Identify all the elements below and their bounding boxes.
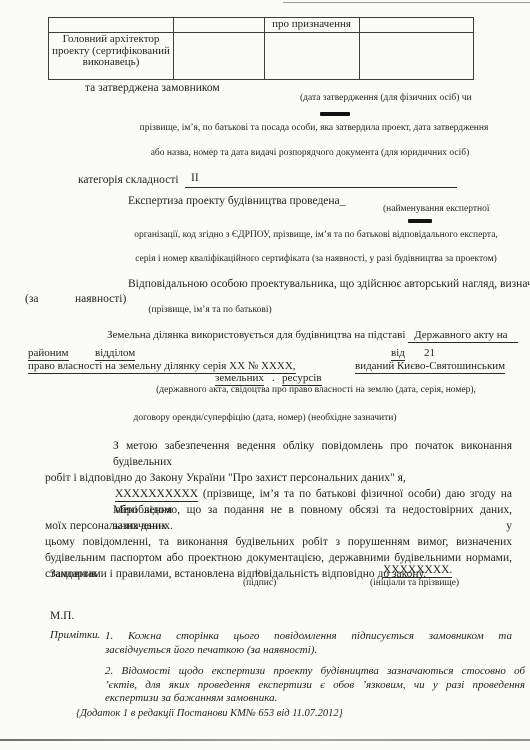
land-value-line3a: земельних [215,372,264,386]
hint-approver-person: прізвище, ім’я, по батькові та посада ос… [110,123,518,134]
hint-expertise-certificate: серія і номер кваліфікаційного сертифіка… [110,254,522,265]
table-cell-about-appointment: про призначення [265,19,358,31]
land-ins-word3: від [391,347,405,361]
consent-name: ХХХХХХХХХХ [115,488,198,502]
land-value-line2b: виданий Києво-Святошинським [355,360,505,374]
table-cell-chief-architect: Головний архітектор проекту (сертифікова… [51,34,171,69]
land-intro: Земельна ділянка використовується для бу… [107,329,405,341]
land-value-line3-dot: . [272,372,275,384]
liability-line-2: цьому повідомленні, та виконання будівел… [45,534,512,550]
note-2-line-3: експертизи за бажанням замовника. [105,692,525,706]
consent-line-2: робіт і відповідно до Закону України "Пр… [45,470,512,486]
scanned-page: { "table": { "header_cell": "про признач… [0,0,530,750]
signature-hint: (підпис) [243,578,276,589]
table-col-divider-1 [173,18,174,79]
category-value: ІІ [185,172,199,184]
category-label: категорія складності [78,174,179,186]
land-value-line1: Державного акту на [408,329,517,343]
supervisor-line2-right: наявності) [75,291,126,307]
signature-mark: іг [255,566,261,576]
land-ins-word2: відділом [95,347,135,361]
hint-supervisor-name: (прізвище, ім’я та по батькові) [120,305,300,316]
note-1-line-2: засвідчується його печаткою (за наявност… [105,643,512,657]
hint-approver-org: або назва, номер та дата видачі розпоряд… [100,148,520,159]
supervisor-line2-left: (за [25,291,38,307]
hint-expertise-org-name: (найменування експертної [383,204,489,215]
land-ins-word4: 21 [424,347,435,359]
land-value-line3b: ресурсів [282,372,322,386]
stamp-placeholder: М.П. [50,608,74,624]
redaction-dash-2 [408,219,432,223]
hint-land-act: (державного акта, свідоцтва про право вл… [106,385,526,396]
customer-name-hint: (ініціали та прізвище) [370,578,459,589]
signatories-table: про призначення Головний архітектор прое… [48,17,474,80]
page-top-scan-line [283,2,530,3]
note-2-line-2: ’єктів, для яких проведення експертизи є… [105,679,525,693]
hint-approval-date: (дата затвердження (для фізичних осіб) ч… [300,93,472,104]
land-ins-word1: районим [28,347,69,361]
note-2: 2. Відомості щодо експертизи проекту буд… [105,665,525,706]
customer-name-value: ХХХХХХХХ. [383,564,452,578]
land-basis-line: Земельна ділянка використовується для бу… [107,329,518,341]
notes-label: Примітки. [50,629,100,641]
note-2-line-1: 2. Відомості щодо експертизи проекту буд… [105,665,525,679]
consent-line-1: З метою забезпечення ведення обліку пові… [45,438,512,470]
category-line: категорія складності [78,172,179,188]
table-col-divider-3 [359,18,360,79]
redaction-dash-1 [320,112,350,116]
note-1-line-1: 1. Кожна сторінка цього повідомлення під… [105,629,512,643]
hint-expertise-org: організації, код згідно з ЄДРПОУ, прізви… [108,230,524,241]
approved-by-customer-text: та затверджена замовником [85,80,220,96]
customer-label: Замовник [50,566,97,582]
category-value-field: ІІ [185,172,457,188]
supervisor-line: Відповідальною особою проектувальника, щ… [128,276,530,292]
footer-amendment-note: {Додаток 1 в редакції Постанови КМ№ 653 … [76,708,343,719]
liability-line-1: Мені відомо, що за подання не в повному … [45,502,512,534]
expertise-line: Експертиза проекту будівництва проведена… [128,193,345,209]
page-bottom-scan-line [0,739,530,741]
note-1: 1. Кожна сторінка цього повідомлення під… [105,629,512,657]
hint-land-lease: договору оренди/суперфіцію (дата, номер)… [55,413,475,424]
